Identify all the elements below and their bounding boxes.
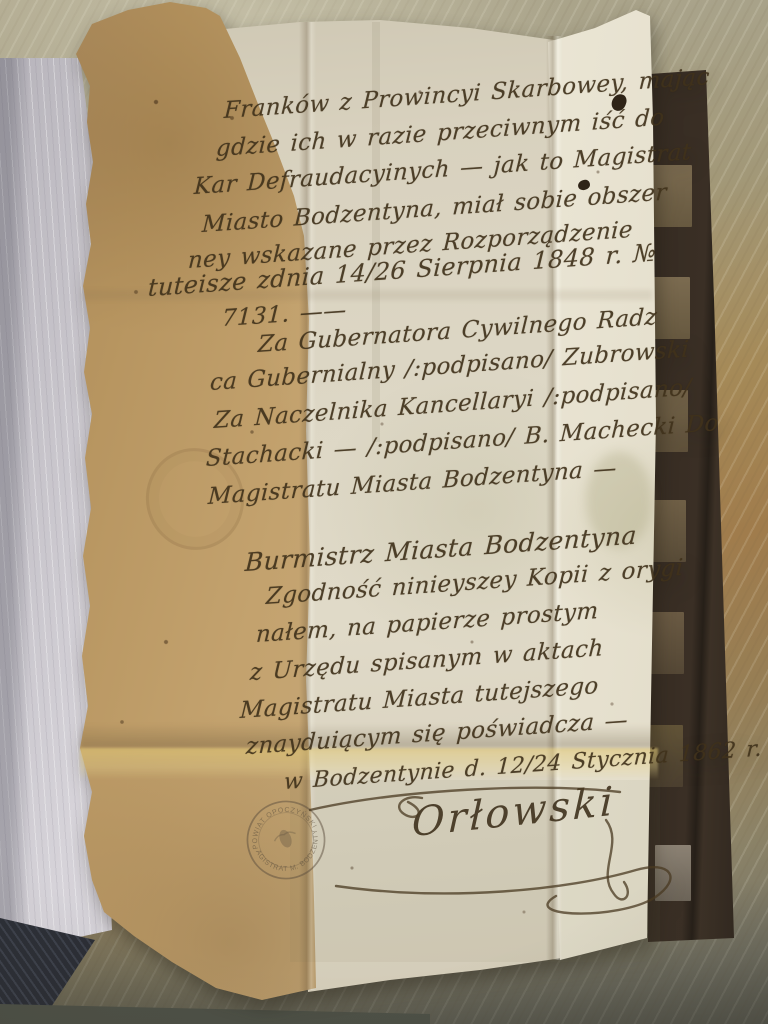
- signature-flourish: [288, 778, 698, 930]
- photo-of-document: Franków z Prowincyi Skarbowey, mając gdz…: [0, 0, 768, 1024]
- folded-document: Franków z Prowincyi Skarbowey, mając gdz…: [0, 0, 768, 1024]
